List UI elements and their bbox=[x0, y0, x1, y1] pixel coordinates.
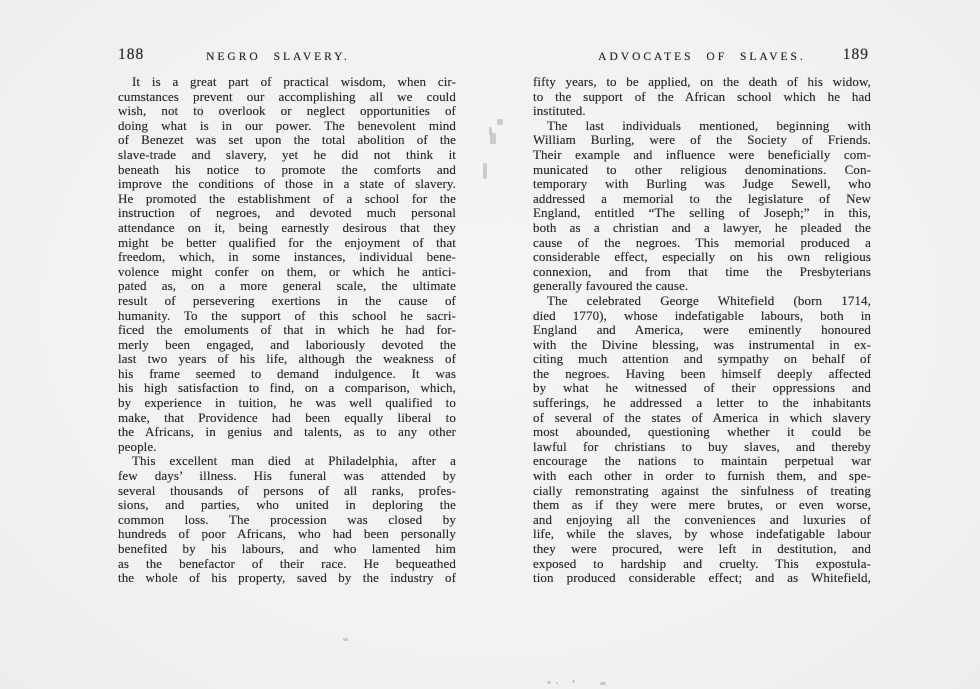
text-line: last two years of his life, although the… bbox=[118, 352, 456, 367]
scan-speck bbox=[483, 163, 487, 179]
scan-speck bbox=[600, 682, 606, 685]
text-line: This excellent man died at Philadelphia,… bbox=[118, 454, 456, 469]
text-line: sufferings, he addressed a letter to the… bbox=[533, 396, 871, 411]
text-line: The celebrated George Whitefield (born 1… bbox=[533, 294, 871, 309]
text-line: with each other in order to furnish them… bbox=[533, 469, 871, 484]
text-line: his frame seemed to demand indulgence. I… bbox=[118, 367, 456, 382]
scan-speck bbox=[497, 119, 503, 125]
text-line: instruction of negroes, and devoted much… bbox=[118, 206, 456, 221]
text-line: of several of the states of America in w… bbox=[533, 411, 871, 426]
text-line: might be better qualified for the enjoym… bbox=[118, 236, 456, 251]
text-line: slave-trade and slavery, yet he did not … bbox=[118, 148, 456, 163]
text-line: wish, not to overlook or neglect opportu… bbox=[118, 104, 456, 119]
text-line: the negroes. Having been himself deeply … bbox=[533, 367, 871, 382]
page-number-right: 189 bbox=[843, 46, 869, 63]
text-line: to the support of the African school whi… bbox=[533, 90, 871, 105]
text-line: The last individuals mentioned, beginnin… bbox=[533, 119, 871, 134]
text-line: they were procured, were left in destitu… bbox=[533, 542, 871, 557]
text-line: the whole of his property, saved by the … bbox=[118, 571, 456, 586]
text-line: people. bbox=[118, 440, 456, 455]
text-line: lawful for christians to buy slaves, and… bbox=[533, 440, 871, 455]
text-line: It is a great part of practical wisdom, … bbox=[118, 75, 456, 90]
text-line: result of persevering exertions in the c… bbox=[118, 294, 456, 309]
text-line: cumstances prevent our accomplishing all… bbox=[118, 90, 456, 105]
scan-speck bbox=[343, 638, 348, 641]
text-line: make, that Providence had been equally l… bbox=[118, 411, 456, 426]
text-line: volence might confer on them, or which h… bbox=[118, 265, 456, 280]
text-line: fifty years, to be applied, on the death… bbox=[533, 75, 871, 90]
text-line: few days’ illness. His funeral was atten… bbox=[118, 469, 456, 484]
text-line: with the Divine blessing, was instrument… bbox=[533, 338, 871, 353]
scan-speck bbox=[572, 680, 575, 683]
scan-speck bbox=[556, 682, 558, 684]
text-line: them as if they were mere brutes, or eve… bbox=[533, 498, 871, 513]
text-line: merly been engaged, and laboriously devo… bbox=[118, 338, 456, 353]
text-line: instituted. bbox=[533, 104, 871, 119]
text-line: generally favoured the cause. bbox=[533, 279, 871, 294]
text-line: sions, and parties, who united in deplor… bbox=[118, 498, 456, 513]
text-line: He promoted the establishment of a schoo… bbox=[118, 192, 456, 207]
text-line: connexion, and from that time the Presby… bbox=[533, 265, 871, 280]
text-line: municated to other religious denominatio… bbox=[533, 163, 871, 178]
text-line: died 1770), whose indefatigable labours,… bbox=[533, 309, 871, 324]
page-body-right: fifty years, to be applied, on the death… bbox=[533, 75, 871, 586]
text-line: exposed to hardship and cruelty. This ex… bbox=[533, 557, 871, 572]
page-header-left: 188 NEGRO SLAVERY. bbox=[118, 48, 456, 65]
text-line: humanity. To the support of this school … bbox=[118, 309, 456, 324]
text-line: ficed the emoluments of that in which he… bbox=[118, 323, 456, 338]
running-head-right: ADVOCATES OF SLAVES. bbox=[598, 49, 806, 66]
text-line: hundreds of poor Africans, who had been … bbox=[118, 527, 456, 542]
text-line: cause of the negroes. This memorial prod… bbox=[533, 236, 871, 251]
text-line: addressed a memorial to the legislature … bbox=[533, 192, 871, 207]
text-line: considerable effect, especially on his o… bbox=[533, 250, 871, 265]
text-line: several thousands of persons of all rank… bbox=[118, 484, 456, 499]
page-body-left: It is a great part of practical wisdom, … bbox=[118, 75, 456, 586]
text-line: encourage the nations to maintain perpet… bbox=[533, 454, 871, 469]
text-line: William Burling, were of the Society of … bbox=[533, 133, 871, 148]
text-line: his high satisfaction to find, on a comp… bbox=[118, 381, 456, 396]
page-left: 188 NEGRO SLAVERY. It is a great part of… bbox=[118, 48, 456, 586]
text-line: beneath his notice to promote the comfor… bbox=[118, 163, 456, 178]
text-line: life, while the slaves, by whose indefat… bbox=[533, 527, 871, 542]
text-line: freedom, which, in some instances, indiv… bbox=[118, 250, 456, 265]
running-head-left: NEGRO SLAVERY. bbox=[206, 49, 350, 66]
text-line: as the benefactor of their race. He bequ… bbox=[118, 557, 456, 572]
text-line: tion produced considerable effect; and a… bbox=[533, 571, 871, 586]
text-line: by what he witnessed of their oppression… bbox=[533, 381, 871, 396]
book-scan: 188 NEGRO SLAVERY. It is a great part of… bbox=[0, 0, 980, 689]
text-line: doing what is in our power. The benevole… bbox=[118, 119, 456, 134]
text-line: and enjoying all the conveniences and lu… bbox=[533, 513, 871, 528]
text-line: the Africans, in genius and talents, as … bbox=[118, 425, 456, 440]
text-line: common loss. The procession was closed b… bbox=[118, 513, 456, 528]
text-line: England, entitled “The selling of Joseph… bbox=[533, 206, 871, 221]
text-line: temporary with Burling was Judge Sewell,… bbox=[533, 177, 871, 192]
page-header-right: ADVOCATES OF SLAVES. 189 bbox=[533, 48, 871, 65]
text-line: by experience in tuition, he was well qu… bbox=[118, 396, 456, 411]
text-line: citing much attention and sympathy on be… bbox=[533, 352, 871, 367]
text-line: of Benezet was set upon the total abolit… bbox=[118, 133, 456, 148]
text-line: both as a christian and a lawyer, he ple… bbox=[533, 221, 871, 236]
text-line: most abounded, questioning whether it co… bbox=[533, 425, 871, 440]
scan-speck bbox=[547, 681, 551, 684]
text-line: cially remonstrating against the sinfuln… bbox=[533, 484, 871, 499]
page-right: ADVOCATES OF SLAVES. 189 fifty years, to… bbox=[533, 48, 871, 586]
text-line: pated as, on a more general scale, the u… bbox=[118, 279, 456, 294]
page-number-left: 188 bbox=[118, 46, 144, 63]
text-line: improve the conditions of those in a sta… bbox=[118, 177, 456, 192]
text-line: England and America, were eminently hono… bbox=[533, 323, 871, 338]
text-line: Their example and influence were benefic… bbox=[533, 148, 871, 163]
scan-speck bbox=[490, 133, 496, 144]
text-line: benefited by his labours, and who lament… bbox=[118, 542, 456, 557]
text-line: attendance on it, being earnestly desiro… bbox=[118, 221, 456, 236]
